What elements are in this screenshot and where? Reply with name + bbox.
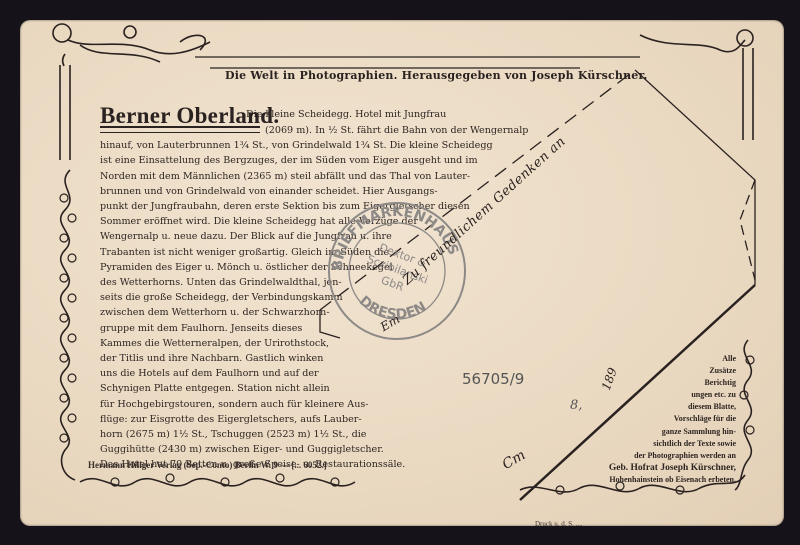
note-line: Geb. Hofrat Joseph Kürschner, — [526, 462, 736, 474]
series-title: Die Welt in Photographien. Herausgegeben… — [225, 69, 595, 82]
text-line: horn (2675 m) 1½ St., Tschuggen (2523 m)… — [100, 427, 528, 442]
printer-imprint: Druck u. d. S. .... — [535, 520, 583, 528]
text-line: hinauf, von Lauterbrunnen 1¾ St., von Gr… — [100, 138, 528, 153]
publisher-line: Hermann Hillger Verlag (Sep.-Conto) Berl… — [88, 460, 327, 470]
text-line: der Titlis und ihre Nachbarn. Gastlich w… — [100, 351, 528, 366]
note-line: Vorschläge für die — [526, 413, 736, 425]
postcard: Die Welt in Photographien. Herausgegeben… — [20, 20, 784, 526]
note-line: sichtlich der Texte sowie — [526, 438, 736, 450]
note-line: Berichtig — [526, 377, 736, 389]
note-line: Hohenhainstein ob Eisenach erbeten. — [526, 474, 736, 486]
text-line: flüge: zur Eisgrotte des Eigergletschers… — [100, 412, 528, 427]
text-line: Norden mit dem Männlichen (2365 m) steil… — [100, 169, 528, 184]
inventory-number: 56705/9 — [462, 370, 524, 388]
text-line: ist eine Einsattelung des Bergzuges, der… — [100, 153, 528, 168]
note-line: diesem Blatte, — [526, 401, 736, 413]
note-line: ganze Sammlung hin- — [526, 426, 736, 438]
note-line: Zusätze — [526, 365, 736, 377]
side-note: Alle Zusätze Berichtig ungen etc. zu die… — [526, 353, 736, 486]
text-line: (2069 m). In ½ St. fährt die Bahn von de… — [100, 123, 528, 138]
note-line: Alle — [526, 353, 736, 365]
note-line: ungen etc. zu — [526, 389, 736, 401]
note-line: der Photographien werden an — [526, 450, 736, 462]
text-line: für Hochgebirgstouren, sondern auch für … — [100, 397, 528, 412]
pencil-mark: 8, — [570, 398, 582, 413]
article-first-line: Die kleine Scheidegg. Hotel mit Jungfrau — [246, 107, 446, 122]
text-line: Guggihütte (2430 m) zwischen Eiger- und … — [100, 442, 528, 457]
